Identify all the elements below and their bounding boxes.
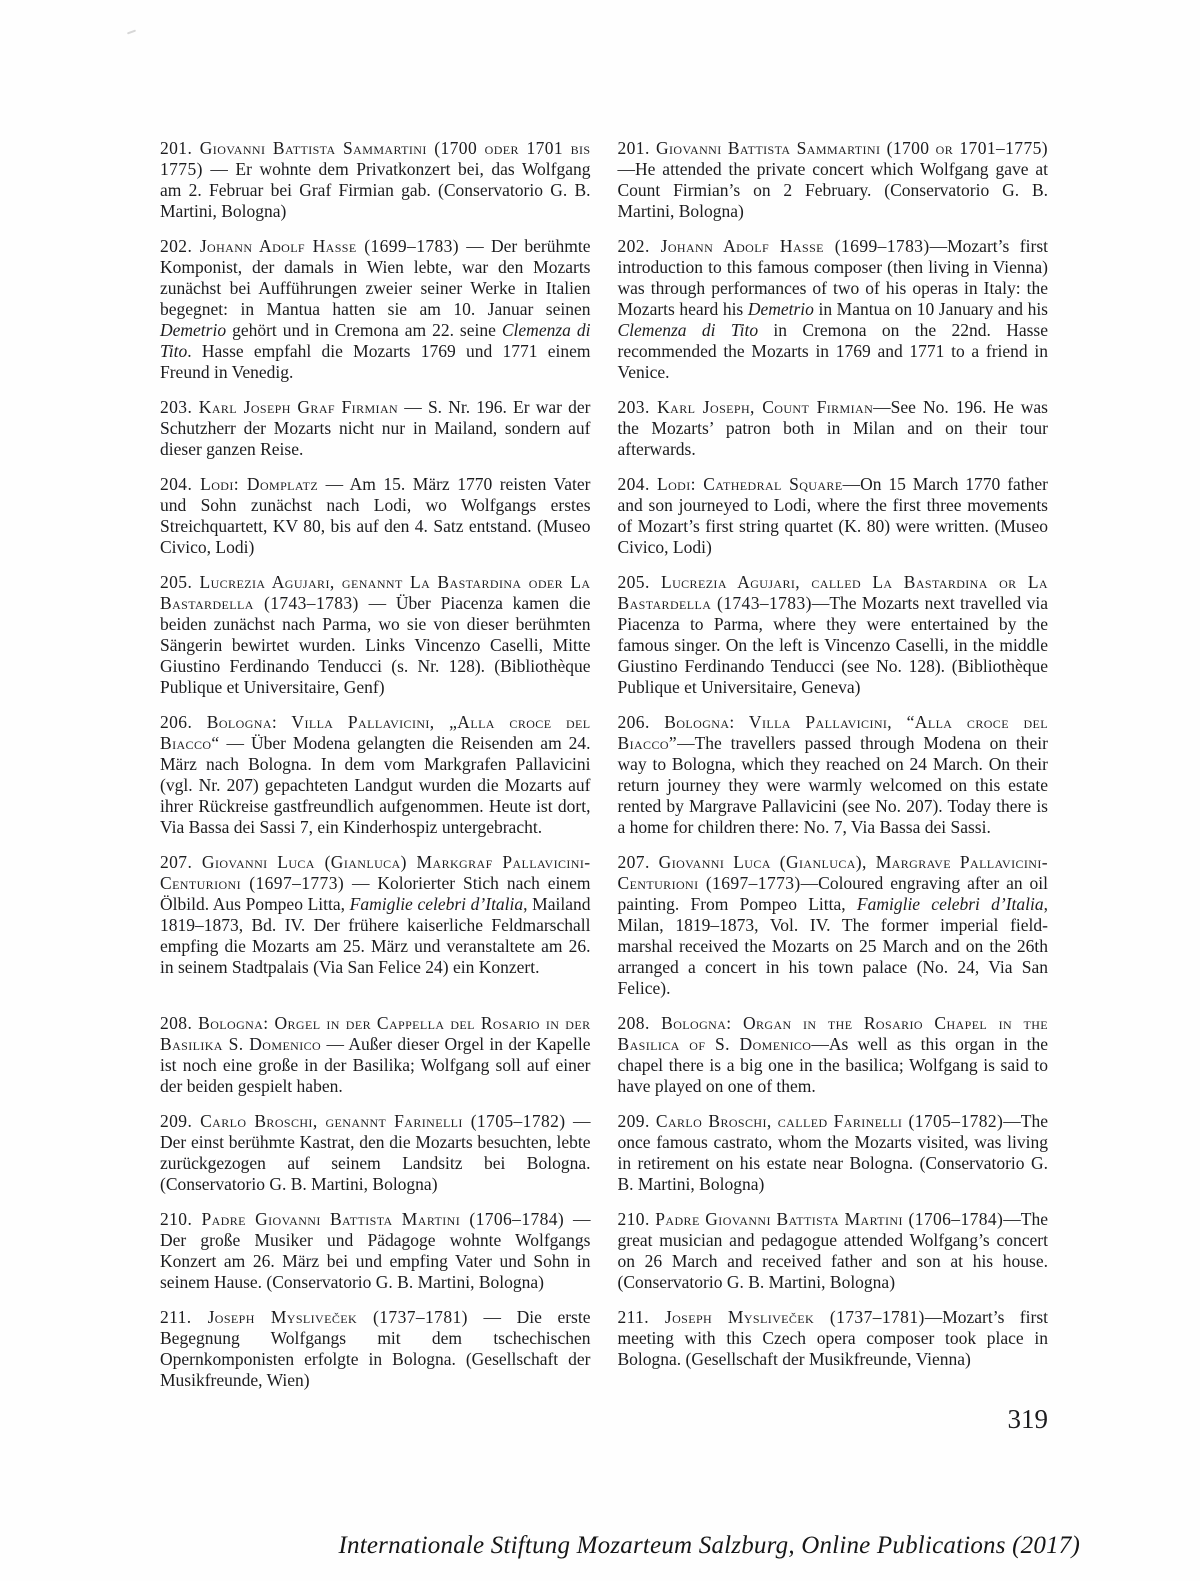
entry-204-en-segment: 204. Lodi: Cathedral Square [618, 474, 843, 494]
entry-204-de: 204. Lodi: Domplatz — Am 15. März 1770 r… [160, 474, 591, 558]
entry-202-de-segment: 202. Johann Adolf Hasse (1699–1783) [160, 236, 459, 256]
entry-201-en-segment: —He attended the private concert which W… [618, 159, 1049, 221]
entry-204-de-segment: 204. Lodi: Domplatz [160, 474, 318, 494]
entry-206-de: 206. Bologna: Villa Pallavicini, „Alla c… [160, 712, 591, 838]
entry-211-en: 211. Joseph Mysliveček (1737–1781)—Mozar… [618, 1307, 1049, 1391]
entry-210-de: 210. Padre Giovanni Battista Martini (17… [160, 1209, 591, 1293]
entry-203-en: 203. Karl Joseph, Count Firmian—See No. … [618, 397, 1049, 460]
entry-205-de: 205. Lucrezia Agujari, genannt La Bastar… [160, 572, 591, 698]
entry-207-de-segment: Famiglie celebri d’Italia [350, 894, 524, 914]
entry-210-en: 210. Padre Giovanni Battista Martini (17… [618, 1209, 1049, 1293]
footer-credit: Internationale Stiftung Mozarteum Salzbu… [339, 1532, 1081, 1560]
entry-207-en: 207. Giovanni Luca (Gianluca), Margrave … [618, 852, 1049, 999]
entry-209-en: 209. Carlo Broschi, called Farinelli (17… [618, 1111, 1049, 1195]
entry-211-en-segment: 211. Joseph Mysliveček (1737–1781) [618, 1307, 925, 1327]
entry-210-de-segment: 210. Padre Giovanni Battista Martini (17… [160, 1209, 564, 1229]
entry-202-de-segment: gehört und in Cremona am 22. seine [226, 320, 502, 340]
entry-202-de-segment: . Hasse empfahl die Mozarts 1769 und 177… [160, 341, 591, 382]
entry-201-en-segment: 201. Giovanni Battista Sammartini (1700 … [618, 138, 1049, 158]
entry-202-en-segment: in Mantua on 10 January and his [814, 299, 1048, 319]
page-number: 319 [1008, 1404, 1049, 1434]
entry-201-en: 201. Giovanni Battista Sammartini (1700 … [618, 138, 1049, 222]
entry-211-de-segment: 211. Joseph Mysliveček (1737–1781) [160, 1307, 468, 1327]
entry-211-de: 211. Joseph Mysliveček (1737–1781) — Die… [160, 1307, 591, 1391]
entry-202-en-segment: 202. Johann Adolf Hasse (1699–1783) [618, 236, 930, 256]
entry-202-de: 202. Johann Adolf Hasse (1699–1783) — De… [160, 236, 591, 383]
entry-210-en-segment: 210. Padre Giovanni Battista Martini (17… [618, 1209, 1004, 1229]
entry-206-en: 206. Bologna: Villa Pallavicini, “Alla c… [618, 712, 1049, 838]
entry-203-en-segment: 203. Karl Joseph, Count Firmian [618, 397, 874, 417]
scan-speck [127, 30, 136, 35]
entries-grid: 201. Giovanni Battista Sammartini (1700 … [160, 138, 1048, 1391]
entry-204-en: 204. Lodi: Cathedral Square—On 15 March … [618, 474, 1049, 558]
entry-209-en-segment: 209. Carlo Broschi, called Farinelli (17… [618, 1111, 1004, 1131]
entry-202-de-segment: Demetrio [160, 320, 226, 340]
entry-206-de-segment: — Über Modena gelangten die Reisenden am… [160, 733, 591, 837]
entry-202-en: 202. Johann Adolf Hasse (1699–1783)—Moza… [618, 236, 1049, 383]
entry-207-en-segment: Famiglie celebri d’Italia [857, 894, 1044, 914]
book-page: 201. Giovanni Battista Sammartini (1700 … [0, 0, 1200, 1581]
entry-203-de-segment: 203. Karl Joseph Graf Firmian [160, 397, 398, 417]
entry-203-de: 203. Karl Joseph Graf Firmian — S. Nr. 1… [160, 397, 591, 460]
entry-206-en-segment: —The travellers passed through Modena on… [618, 733, 1049, 837]
entry-201-de-segment: — Er wohnte dem Privatkonzert bei, das W… [160, 159, 591, 221]
entry-208-de: 208. Bologna: Orgel in der Cappella del … [160, 1013, 591, 1097]
entry-209-de: 209. Carlo Broschi, genannt Farinelli (1… [160, 1111, 591, 1195]
entry-205-en: 205. Lucrezia Agujari, called La Bastard… [618, 572, 1049, 698]
entry-202-en-segment: Demetrio [748, 299, 814, 319]
entry-202-en-segment: Clemenza di Tito [618, 320, 759, 340]
entry-201-de: 201. Giovanni Battista Sammartini (1700 … [160, 138, 591, 222]
entry-207-de: 207. Giovanni Luca (Gianluca) Markgraf P… [160, 852, 591, 999]
entry-209-de-segment: 209. Carlo Broschi, genannt Farinelli (1… [160, 1111, 566, 1131]
entry-208-en: 208. Bologna: Organ in the Rosario Chape… [618, 1013, 1049, 1097]
